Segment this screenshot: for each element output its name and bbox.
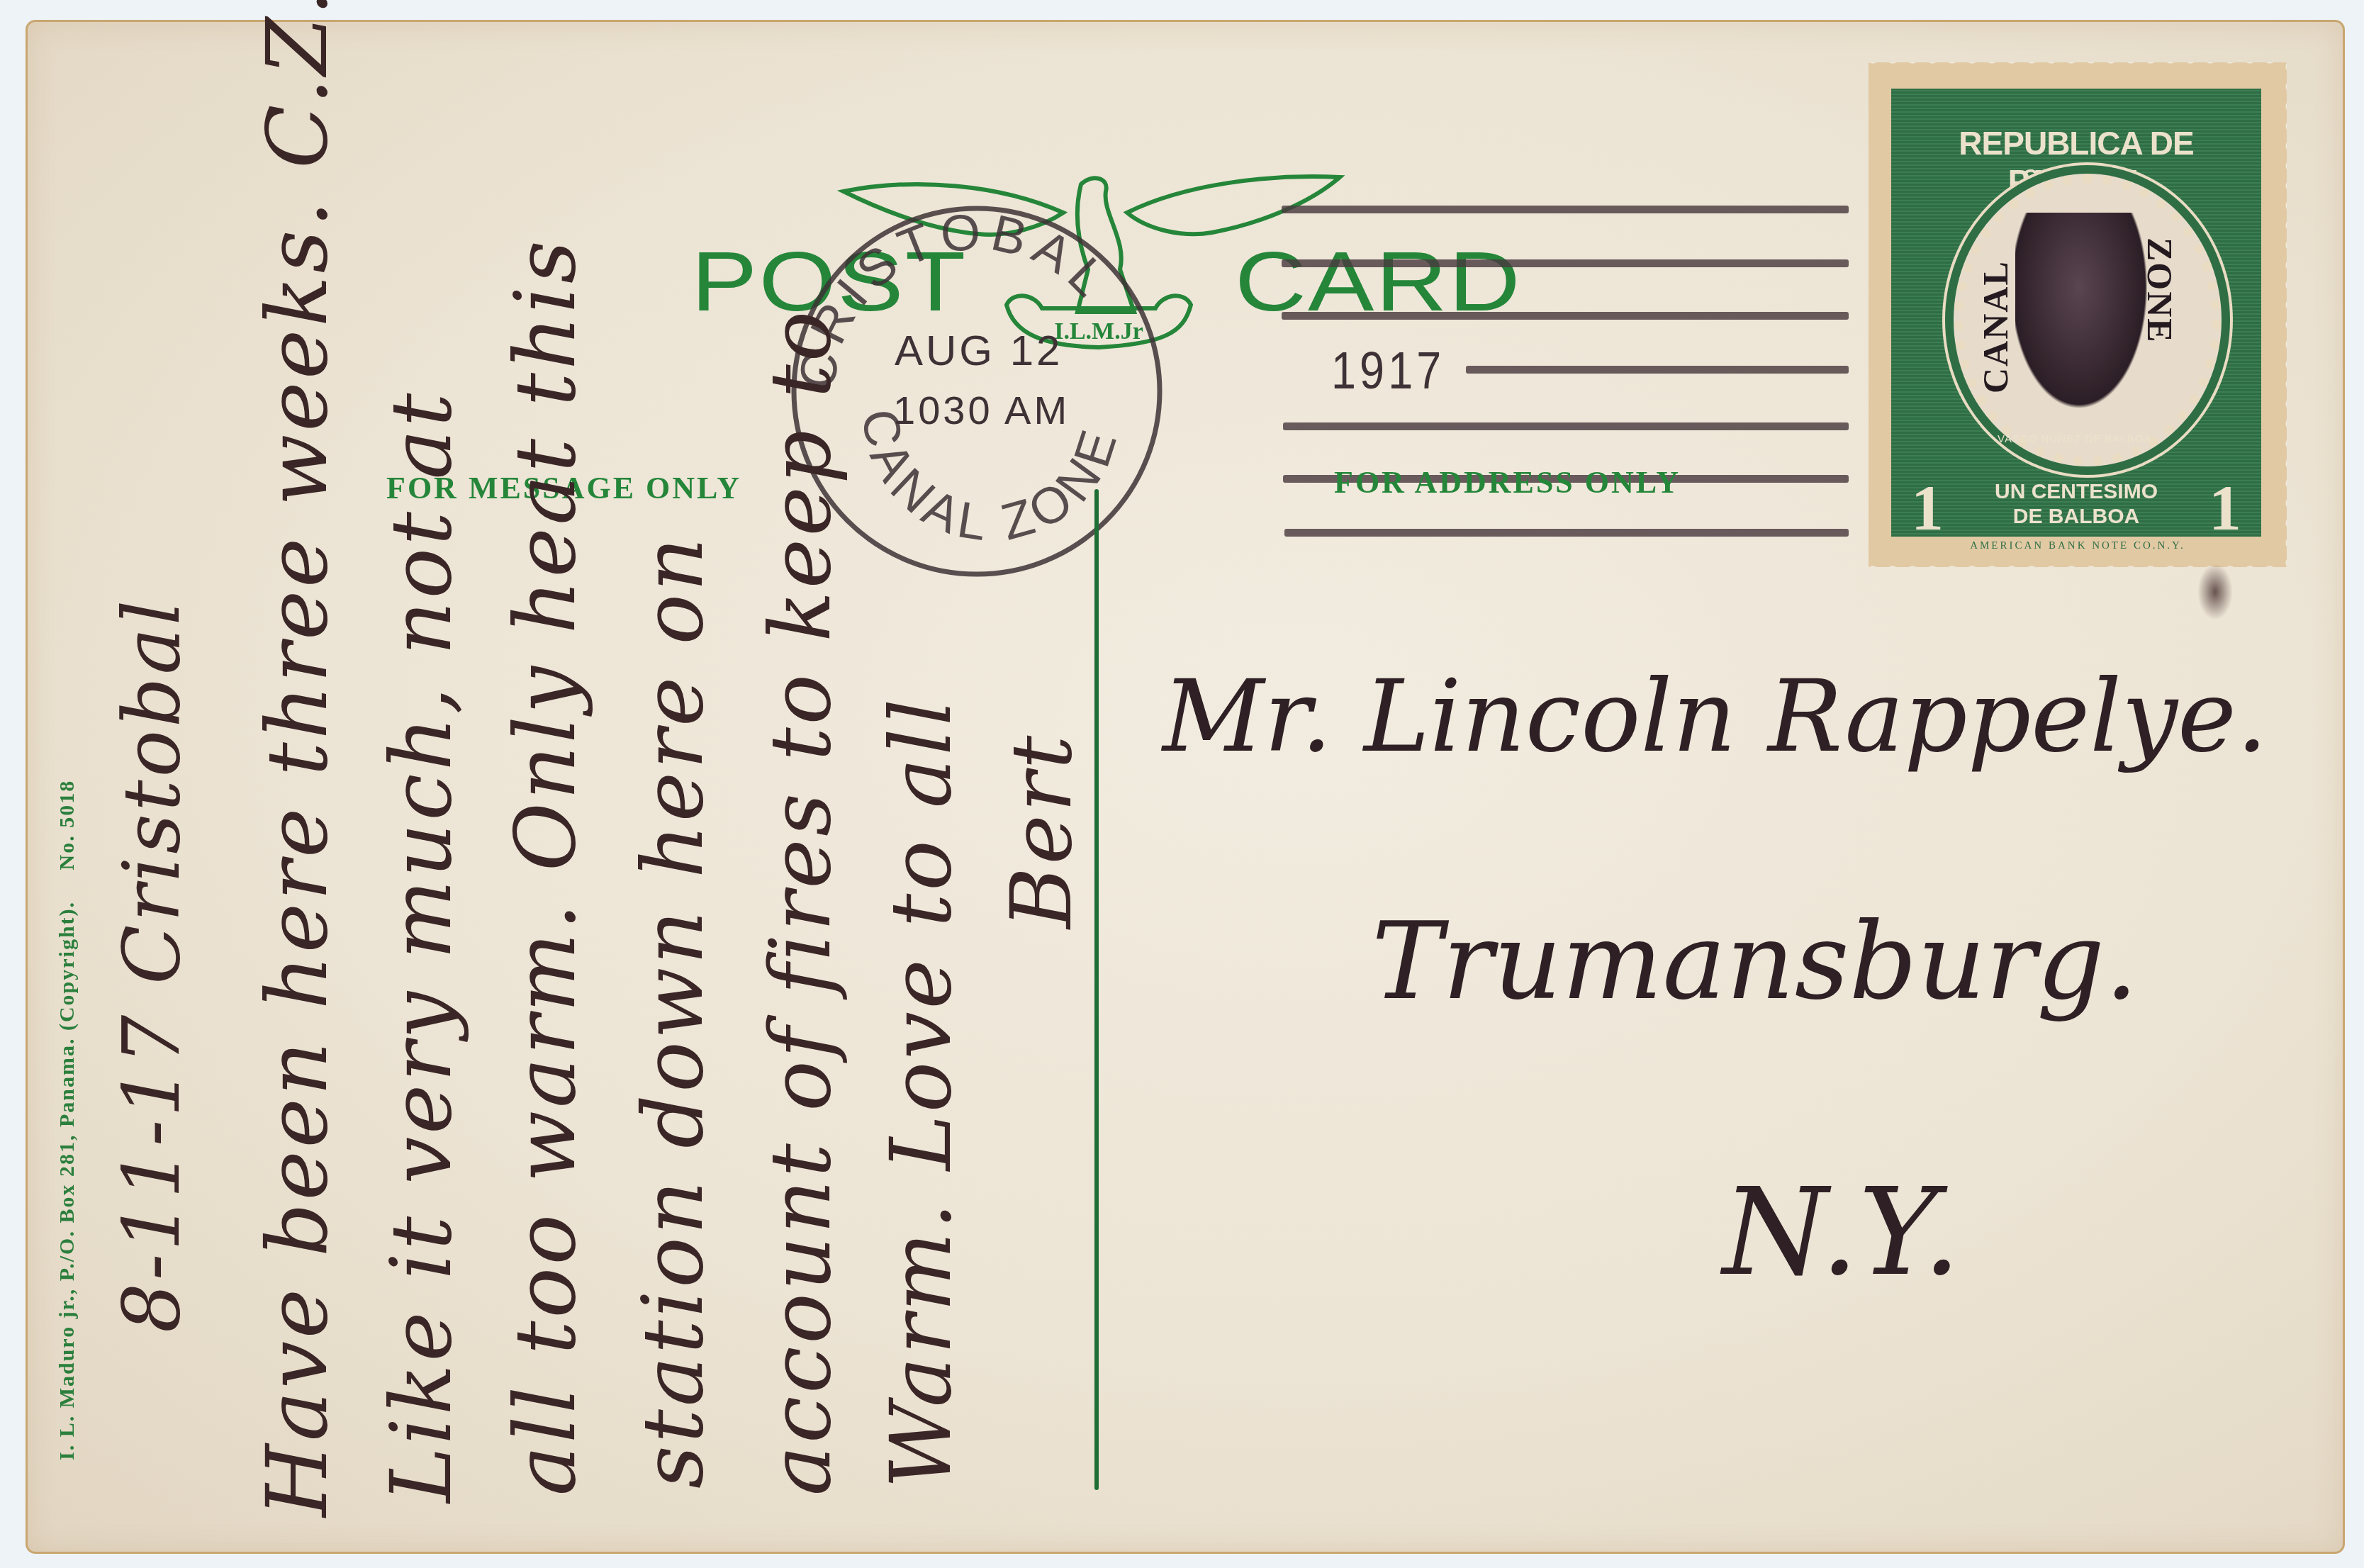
message-line: station down here on bbox=[624, 534, 722, 1489]
message-line: all too warm. Only heat this bbox=[496, 238, 594, 1496]
postmark-time: 1030 AM bbox=[893, 387, 1070, 433]
portrait-icon bbox=[2015, 213, 2157, 425]
overprint-canal: CANAL bbox=[1975, 260, 2016, 393]
stamp-sitter-name: VASCO NUÑEZ DE BALBOA bbox=[1998, 433, 2151, 445]
stamp-frame: REPUBLICA DE PANAMA CORREOS CANAL ZONE V… bbox=[1891, 89, 2261, 537]
address-name: Mr. Lincoln Rappelye. bbox=[1163, 659, 2268, 775]
message-line: Warm. Love to all bbox=[872, 696, 970, 1489]
publisher-imprint: I. L. Maduro jr., P./O. Box 281, Panama.… bbox=[55, 780, 79, 1460]
cancel-line bbox=[1466, 366, 1849, 374]
cancel-line bbox=[1283, 422, 1849, 430]
publisher-text: I. L. Maduro jr., P./O. Box 281, Panama.… bbox=[55, 901, 79, 1460]
divider-line bbox=[1094, 489, 1099, 1490]
postmark-date: AUG 12 bbox=[895, 326, 1063, 375]
stamp-denomination-line1: UN CENTESIMO bbox=[1891, 480, 2261, 505]
address-city: Trumansburg. bbox=[1372, 900, 2139, 1024]
stamp-printer: AMERICAN BANK NOTE CO.N.Y. bbox=[1869, 540, 2287, 552]
message-line: Have been here three weeks. C.Z. bbox=[248, 0, 346, 1517]
ink-smudge bbox=[2197, 564, 2233, 620]
cancel-line bbox=[1282, 312, 1849, 320]
stamp-denomination: UN CENTESIMO DE BALBOA bbox=[1891, 480, 2261, 529]
cancel-line bbox=[1282, 259, 1849, 267]
card-number: No. 5018 bbox=[55, 780, 79, 870]
message-line: Like it very much, not at bbox=[372, 391, 470, 1503]
message-line: account of fires to keep to bbox=[751, 308, 849, 1496]
stamp-denomination-line2: DE BALBOA bbox=[1891, 505, 2261, 530]
cancel-line bbox=[1284, 529, 1849, 537]
message-signature: Bert bbox=[992, 733, 1090, 929]
cancel-line bbox=[1282, 206, 1849, 213]
cancel-year: 1917 bbox=[1331, 340, 1445, 401]
message-line: 8-11-17 Cristobal bbox=[106, 598, 197, 1333]
address-label: FOR ADDRESS ONLY bbox=[1334, 464, 1681, 500]
postage-stamp: REPUBLICA DE PANAMA CORREOS CANAL ZONE V… bbox=[1869, 62, 2287, 567]
overprint-zone: ZONE bbox=[2139, 237, 2180, 344]
address-state: N.Y. bbox=[1722, 1163, 1961, 1303]
